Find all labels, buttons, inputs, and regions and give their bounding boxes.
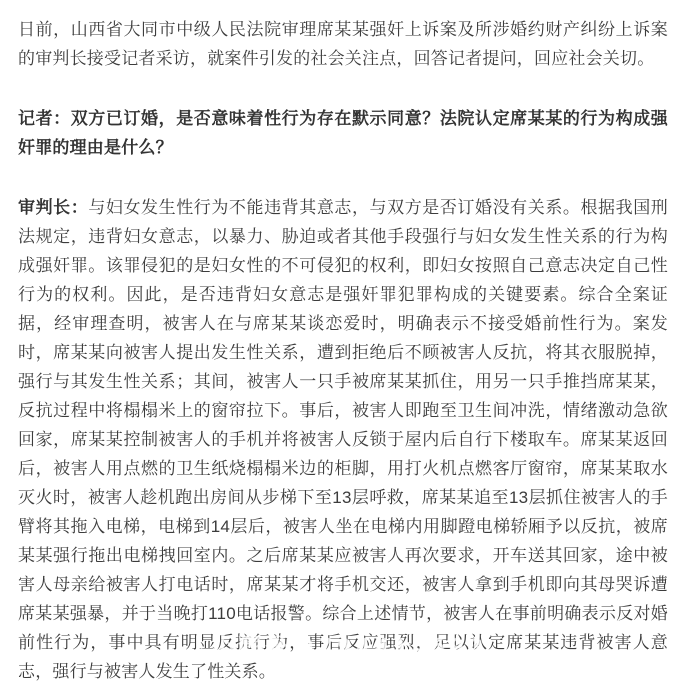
article-body: 日前，山西省大同市中级人民法院审理席某某强奸上诉案及所涉婚约财产纠纷上诉案的审判… xyxy=(0,0,686,686)
reporter-question-paragraph: 记者：双方已订婚，是否意味着性行为存在默示同意？法院认定席某某的行为构成强奸罪的… xyxy=(18,104,668,162)
page: { "page": { "background": "#ffffff", "te… xyxy=(0,0,686,686)
intro-text: 日前，山西省大同市中级人民法院审理席某某强奸上诉案及所涉婚约财产纠纷上诉案的审判… xyxy=(18,20,668,68)
judge-answer-paragraph: 审判长：与妇女发生性行为不能违背其意志，与双方是否订婚没有关系。根据我国刑法规定… xyxy=(18,193,668,686)
judge-speaker-label: 审判长： xyxy=(18,198,88,217)
reporter-speaker-label: 记者： xyxy=(18,109,71,128)
judge-answer-text: 与妇女发生性行为不能违背其意志，与双方是否订婚没有关系。根据我国刑法规定，违背妇… xyxy=(18,198,668,681)
reporter-question-text: 双方已订婚，是否意味着性行为存在默示同意？法院认定席某某的行为构成强奸罪的理由是… xyxy=(18,109,668,157)
intro-paragraph: 日前，山西省大同市中级人民法院审理席某某强奸上诉案及所涉婚约财产纠纷上诉案的审判… xyxy=(18,15,668,73)
